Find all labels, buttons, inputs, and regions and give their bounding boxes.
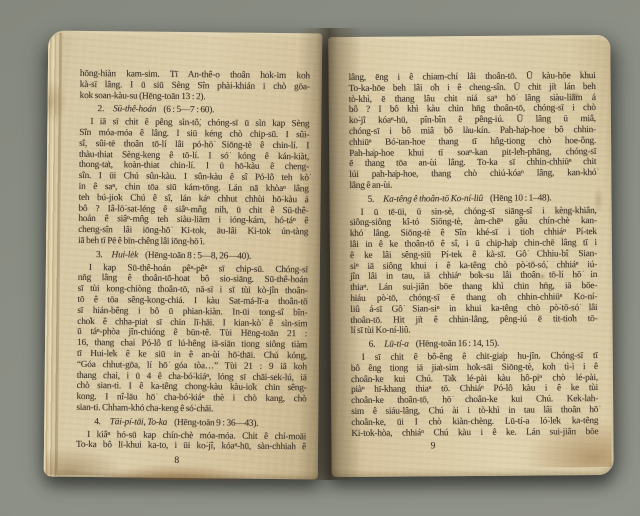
section-heading-part: Hui-le̍k	[112, 250, 139, 260]
section-heading: 5.Ka-têng ê thoân-tō Ko-ní-liû(Hēng 10 :…	[350, 193, 597, 206]
book: hōng-hiàn kam-sim. Tī An-thê-o thoân hok…	[42, 24, 618, 486]
section-heading-part: 4.	[94, 417, 101, 427]
section-heading-part: 5.	[368, 195, 375, 205]
text-line: To-ka bô lī-khui ka-to, i ūi ko͘-jî, kóa…	[76, 440, 306, 453]
section-heading-part: (Hēng-toān 16 : 14, 15).	[416, 339, 500, 350]
section-heading-part: (Hēng 10 : 1–48).	[490, 193, 552, 203]
section-heading-part: 2.	[97, 104, 104, 114]
section-heading-part: Lū-tí-a	[384, 340, 409, 350]
section-heading: 3.Hui-le̍k(Hēng-toān 8 : 5—8, 26—40).	[78, 250, 308, 263]
section-heading-part: Ka-têng ê thoân-tō Ko-ní-liû	[383, 194, 483, 205]
section-heading-part: Tāi-pí-tāi, To-ka	[110, 417, 167, 428]
section-heading-part: 6.	[369, 340, 376, 350]
page-number: 8	[62, 454, 292, 467]
section-heading: 6.Lū-tí-a(Hēng-toān 16 : 14, 15).	[351, 338, 598, 351]
photo-background: hōng-hiàn kam-sim. Tī An-thê-o thoân hok…	[0, 0, 640, 516]
text-line: Ki-tok-hòa, chhiáⁿ Chú kàu i ê ke. Lán s…	[351, 427, 598, 440]
section-heading-part: Sū-thê-hoán	[113, 105, 156, 115]
section-heading-part: (Hēng-toān 9 : 36—43).	[174, 418, 258, 429]
section-heading: 2.Sū-thê-hoán(6 : 5—7 : 60).	[79, 104, 309, 117]
text-line: lâng ê an-ùi.	[349, 179, 596, 192]
text-line: lí sī tùi Ko-ní-liû.	[351, 324, 598, 337]
left-page: hōng-hiàn kam-sim. Tī An-thê-o thoân hok…	[44, 31, 323, 480]
section-heading: 4.Tāi-pí-tāi, To-ka(Hēng-toān 9 : 36—43)…	[76, 417, 306, 430]
section-heading-part: (6 : 5—7 : 60).	[163, 105, 214, 116]
page-number: 9	[309, 439, 556, 452]
left-page-text: hōng-hiàn kam-sim. Tī An-thê-o thoân hok…	[76, 69, 310, 453]
section-heading-part: 3.	[96, 250, 103, 260]
right-page-text: lâng, ēng i ê chiam-chí lâi thoân-tō. Ū …	[349, 71, 599, 439]
section-heading-part: (Hēng-toān 8 : 5—8, 26—40).	[145, 250, 251, 261]
right-page: lâng, ēng i ê chiam-chí lâi thoân-tō. Ū …	[328, 35, 613, 477]
text-line: lúi pah-ha̍p-hoe, thang chò chiú-kóaⁿ lâ…	[349, 168, 596, 181]
